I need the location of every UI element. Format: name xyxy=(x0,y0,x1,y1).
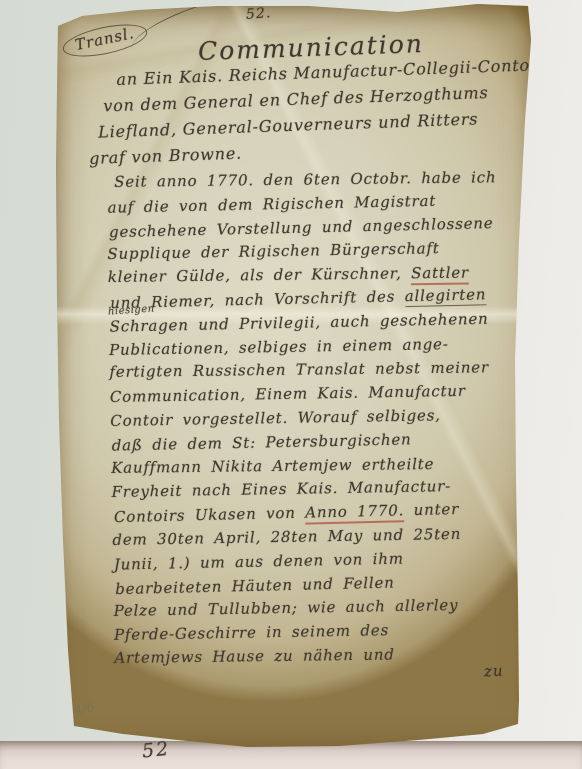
number-below-page: 52 xyxy=(141,738,171,763)
manuscript-page: 52. Transl. Communication an Ein Kais. R… xyxy=(48,0,538,755)
manuscript-line: Artemjews Hause zu nähen und xyxy=(114,642,504,671)
manuscript-text-segment: Kauffmann Nikita Artemjew ertheilte xyxy=(111,455,434,477)
underlined-word: allegirten xyxy=(405,285,487,307)
body-lines: Seit anno 1770. den 6ten Octobr. habe ic… xyxy=(106,165,505,671)
manuscript-text-segment: auf die von dem Rigischen Magistrat xyxy=(107,192,436,217)
manuscript-text-segment: Contoir vorgestellet. Worauf selbiges, xyxy=(110,406,441,430)
corner-note: Transl. xyxy=(60,20,149,60)
underlined-word: Anno 1770. xyxy=(305,501,404,524)
manuscript-text-segment: daß die dem St: Petersburgischen xyxy=(112,430,412,454)
manuscript-text-segment: Freyheit nach Eines Kais. Manufactur- xyxy=(111,477,451,501)
manuscript-text-segment: Communication, Einem Kais. Manufactur xyxy=(110,382,466,406)
manuscript-text-segment: unter xyxy=(404,500,459,519)
manuscript-text-segment: bearbeiteten Häuten und Fellen xyxy=(115,573,395,598)
manuscript-text-segment: Pferde-Geschirre in seinem des xyxy=(114,621,389,644)
manuscript-text-segment: kleiner Gülde, als der Kürschner, xyxy=(108,264,412,286)
manuscript-text-segment: Seit anno 1770. den 6ten Octobr. habe ic… xyxy=(114,168,496,191)
pencil-note: 4/6 xyxy=(73,700,97,719)
catchword: zu xyxy=(484,662,504,681)
photo-background: 52 52. Transl. Communication an Ein Kais… xyxy=(0,0,582,769)
address-block: an Ein Kais. Reichs Manufactur-Collegii-… xyxy=(86,52,547,172)
manuscript-text-segment: Artemjews Hause zu nähen und xyxy=(114,645,394,666)
underlined-word: Sattler xyxy=(411,264,469,286)
manuscript-text-segment: Junii, 1.) um aus denen von ihm xyxy=(114,549,404,573)
manuscript-line: Kauffmann Nikita Artemjew ertheilte xyxy=(111,452,501,481)
manuscript-text-segment: fertigten Russischen Translat nebst mein… xyxy=(109,359,489,382)
manuscript-text-segment: Contoirs Ukasen von xyxy=(114,504,306,527)
